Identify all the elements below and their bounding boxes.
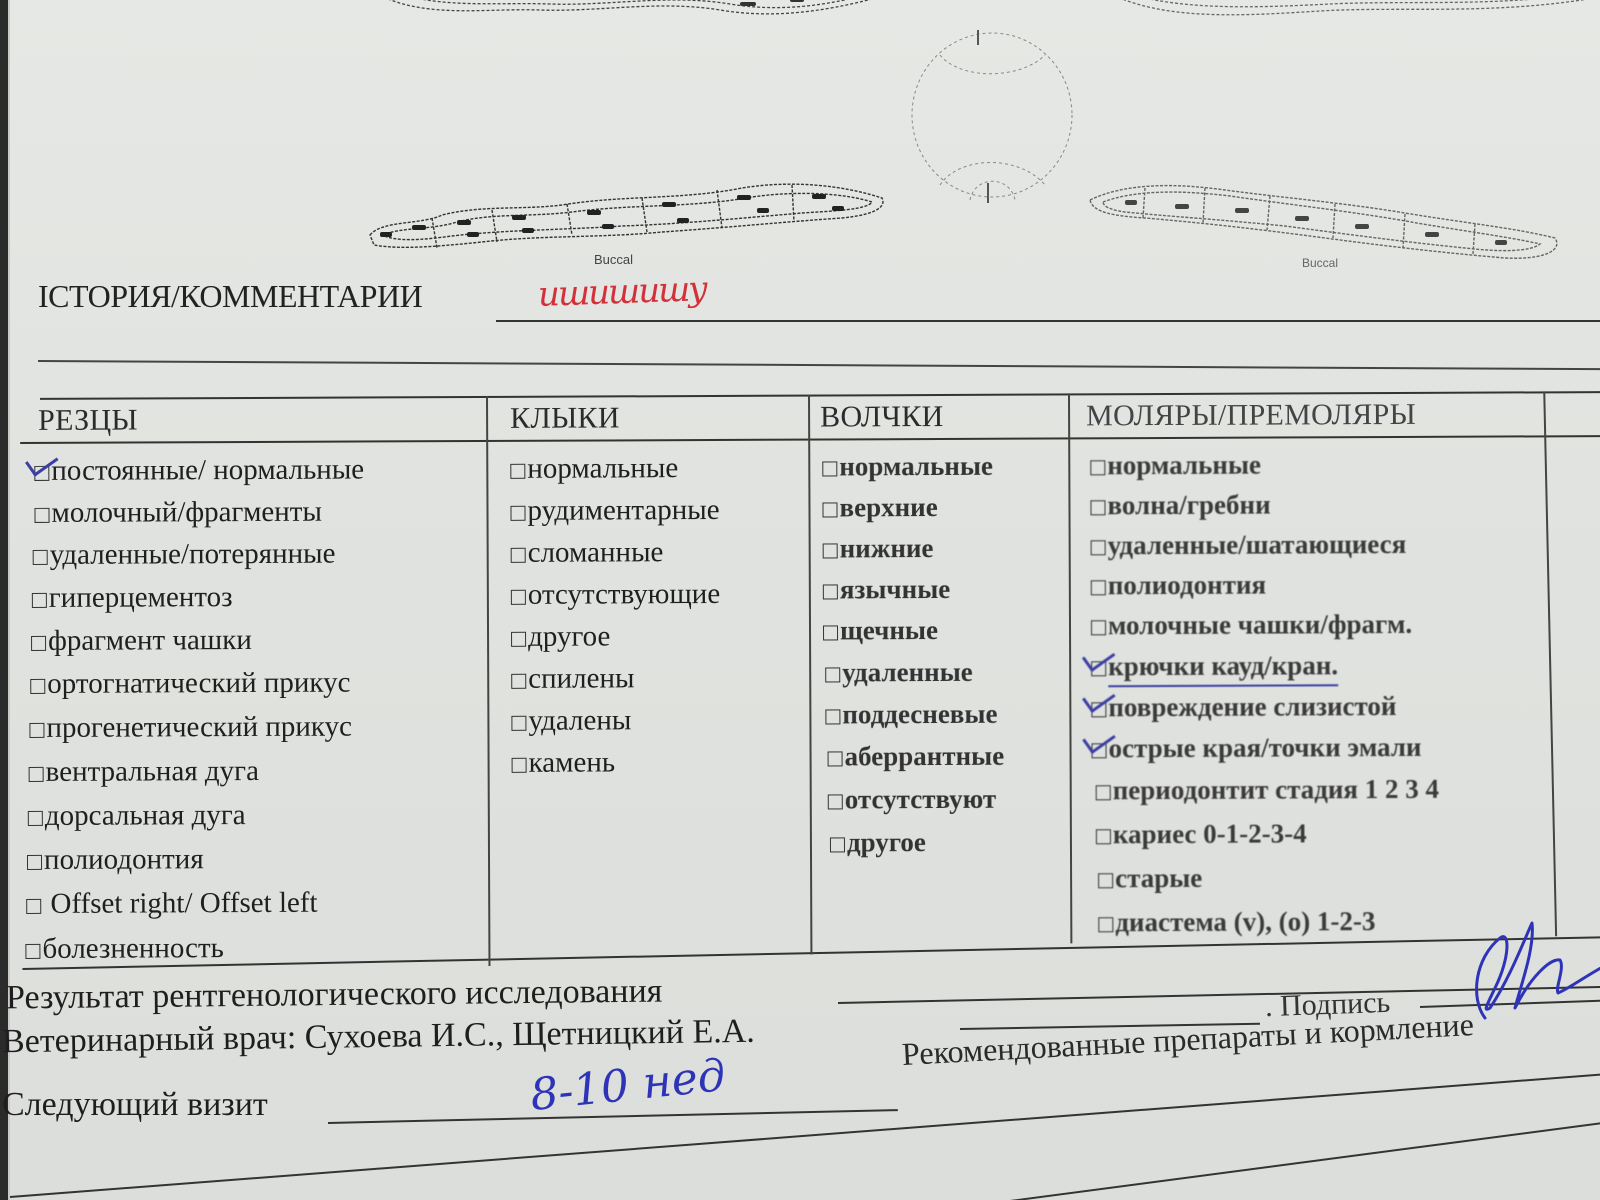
history-handwritten-entry[interactable]: ишишишу xyxy=(537,269,706,315)
checkbox[interactable] xyxy=(1091,580,1106,595)
checkbox-item[interactable]: камень xyxy=(512,741,721,784)
column-divider-4 xyxy=(1543,391,1556,936)
checkbox-item[interactable]: другое xyxy=(830,821,1007,865)
recommended-label: Рекомендованные препараты и кормление xyxy=(901,1006,1475,1073)
checkbox-checked[interactable] xyxy=(34,465,49,480)
checkbox-item[interactable]: аберрантные xyxy=(827,735,1004,779)
checkbox-item[interactable]: рудиментарные xyxy=(510,489,719,532)
checkbox-checked[interactable] xyxy=(1091,702,1106,717)
checkbox-item[interactable]: нормальные xyxy=(822,446,999,488)
next-visit-handwritten-value[interactable]: 8-10 нед xyxy=(528,1050,728,1121)
checkbox[interactable] xyxy=(828,794,843,809)
history-comments-label: ІСТОРИЯ/КОММЕНТАРИИ xyxy=(38,278,422,314)
checkbox-item[interactable]: отсутствующие xyxy=(511,573,720,616)
checkbox[interactable] xyxy=(823,584,838,599)
section-header-incisors: РЕЗЦЫ xyxy=(38,403,138,437)
buccal-label-left: Buccal xyxy=(594,252,633,267)
lower-left-arcade-drawing xyxy=(362,180,892,255)
checkbox-item[interactable]: острые края/точки эмали xyxy=(1091,727,1434,769)
checkbox-item[interactable]: болезненность xyxy=(25,926,355,972)
checkbox[interactable] xyxy=(34,507,49,522)
incisor-arcade-diagram xyxy=(900,25,1085,205)
upper-arcade-right-drawing xyxy=(1100,0,1600,31)
checkbox-item[interactable]: сломанные xyxy=(511,531,720,574)
incisors-items: постоянные/ нормальные молочный/фрагмент… xyxy=(34,448,366,971)
checkbox[interactable] xyxy=(823,543,838,558)
checkbox[interactable] xyxy=(511,715,526,730)
checkbox-item[interactable]: повреждение слизистой xyxy=(1091,686,1434,728)
checkbox-item[interactable]: полиодонтия xyxy=(27,837,357,882)
checkbox-item[interactable]: старые xyxy=(1098,855,1441,900)
checkbox[interactable] xyxy=(823,625,838,640)
form-footer: Результат рентгенологического исследован… xyxy=(10,970,1600,1200)
checkbox[interactable] xyxy=(822,461,837,476)
checkbox-item[interactable]: вентральная дуга xyxy=(29,749,359,794)
checkbox-item[interactable]: верхние xyxy=(822,487,999,529)
checkbox[interactable] xyxy=(29,766,44,781)
checkbox[interactable] xyxy=(1096,785,1111,800)
recommended-line-2[interactable] xyxy=(1010,1119,1600,1200)
checkbox[interactable] xyxy=(27,854,42,869)
checkbox-item[interactable]: ортогнатический прикус xyxy=(30,662,360,706)
checkbox[interactable] xyxy=(512,757,527,772)
checkbox-item[interactable]: нижние xyxy=(823,528,1000,570)
checkbox[interactable] xyxy=(1090,500,1105,515)
signature-scribble xyxy=(1440,918,1600,1038)
history-underline xyxy=(496,320,1600,322)
checkbox[interactable] xyxy=(32,593,47,608)
checkbox[interactable] xyxy=(825,667,840,682)
checklist-table: РЕЗЦЫ постоянные/ нормальные молочный/фр… xyxy=(20,391,1600,970)
checkbox-item[interactable]: нормальные xyxy=(1090,444,1433,485)
checkbox-item[interactable]: молочный/фрагменты xyxy=(34,490,364,533)
checkbox-item[interactable]: удаленные/шатающиеся xyxy=(1091,524,1434,565)
checkbox-item[interactable]: нормальные xyxy=(510,447,719,490)
checkbox-item[interactable]: удаленные/потерянные xyxy=(33,533,363,577)
checkbox[interactable] xyxy=(33,550,48,565)
checkbox-item[interactable]: дорсальная дуга xyxy=(28,793,358,838)
checkbox-item[interactable]: постоянные/ нормальные xyxy=(34,448,364,491)
checkbox-item[interactable]: диастема (v), (o) 1-2-3 xyxy=(1098,899,1441,944)
checkbox[interactable] xyxy=(1090,460,1105,475)
checkbox[interactable] xyxy=(511,631,526,646)
history-comments-row: ІСТОРИЯ/КОММЕНТАРИИ ишишишу xyxy=(38,278,1600,315)
checkbox-item[interactable]: волна/гребни xyxy=(1090,484,1433,525)
checkbox-item[interactable]: язычные xyxy=(823,569,1000,611)
checkbox-item[interactable]: удалены xyxy=(511,699,720,742)
canines-items: нормальные рудиментарные сломанные отсут… xyxy=(510,447,721,784)
paper-edge-shadow xyxy=(0,0,8,1200)
column-divider-2 xyxy=(808,395,812,955)
buccal-label-right: Buccal xyxy=(1302,256,1338,270)
checkbox[interactable] xyxy=(29,722,44,737)
vet-label: Ветеринарный врач: Сухоева И.С., Щетницк… xyxy=(2,1013,755,1062)
checkbox-item[interactable]: щечные xyxy=(823,610,1000,652)
xray-result-label: Результат рентгенологического исследован… xyxy=(6,973,663,1018)
checkbox-item[interactable]: отсутствуют xyxy=(828,778,1005,822)
checkbox-item[interactable]: Offset right/ Offset left xyxy=(26,881,356,927)
molars-premolars-items: нормальные волна/гребни удаленные/шатающ… xyxy=(1090,444,1435,944)
column-divider-3 xyxy=(1068,393,1072,943)
checkbox[interactable] xyxy=(511,673,526,688)
section-header-canines: КЛЫКИ xyxy=(510,401,620,435)
checkbox-item[interactable]: другое xyxy=(511,615,720,658)
upper-arcade-left-drawing xyxy=(360,0,920,30)
checkbox[interactable] xyxy=(828,751,843,766)
next-visit-label: Следующий визит xyxy=(2,1086,268,1124)
table-header-border xyxy=(20,435,1600,444)
checkbox[interactable] xyxy=(1096,829,1111,844)
checkbox[interactable] xyxy=(30,679,45,694)
checkbox[interactable] xyxy=(26,899,41,914)
checkbox-item[interactable]: молочные чашки/фрагм. xyxy=(1091,604,1434,646)
lower-right-arcade-drawing xyxy=(1085,178,1565,263)
checkbox[interactable] xyxy=(28,810,43,825)
checkbox-item[interactable]: полиодонтия xyxy=(1091,564,1434,605)
checkbox[interactable] xyxy=(510,463,525,478)
checkbox-item[interactable]: гиперцементоз xyxy=(32,576,362,620)
dental-form-page: Buccal Buccal ІСТОРИЯ/КОММЕНТАРИИ ишишиш… xyxy=(8,0,1600,1200)
checkbox-item[interactable]: спилены xyxy=(511,657,720,700)
checkbox[interactable] xyxy=(1091,540,1106,555)
column-divider-1 xyxy=(486,396,490,966)
checkbox[interactable] xyxy=(31,636,46,651)
checkbox-item[interactable]: крючки кауд/кран. xyxy=(1091,645,1434,687)
checkbox-checked[interactable] xyxy=(1092,743,1107,758)
checkbox[interactable] xyxy=(510,505,525,520)
checkbox[interactable] xyxy=(25,944,40,959)
checkbox[interactable] xyxy=(822,502,837,517)
checkbox[interactable] xyxy=(511,589,526,604)
checkbox[interactable] xyxy=(1098,917,1113,932)
checkbox-item[interactable]: поддесневые xyxy=(825,693,1002,736)
checkbox[interactable] xyxy=(1091,620,1106,635)
section-header-wolf-teeth: ВОЛЧКИ xyxy=(820,400,944,435)
checkbox[interactable] xyxy=(825,709,840,724)
section-header-molars-premolars: МОЛЯРЫ/ПРЕМОЛЯРЫ xyxy=(1086,398,1416,433)
checkbox[interactable] xyxy=(830,837,845,852)
history-second-line xyxy=(38,360,1600,370)
checkbox-item[interactable]: кариес 0-1-2-3-4 xyxy=(1096,811,1439,856)
checkbox-checked[interactable] xyxy=(1091,661,1106,676)
checkbox[interactable] xyxy=(511,547,526,562)
checkbox-item[interactable]: периодонтит стадия 1 2 3 4 xyxy=(1096,768,1439,812)
checkbox-item[interactable]: удаленные xyxy=(825,651,1002,694)
checkbox-item[interactable]: фрагмент чашки xyxy=(31,619,361,663)
checkbox[interactable] xyxy=(1098,873,1113,888)
wolf-teeth-items: нормальные верхние нижние язычные щечные… xyxy=(822,446,1000,865)
checkbox-item[interactable]: прогенетический прикус xyxy=(29,705,359,750)
